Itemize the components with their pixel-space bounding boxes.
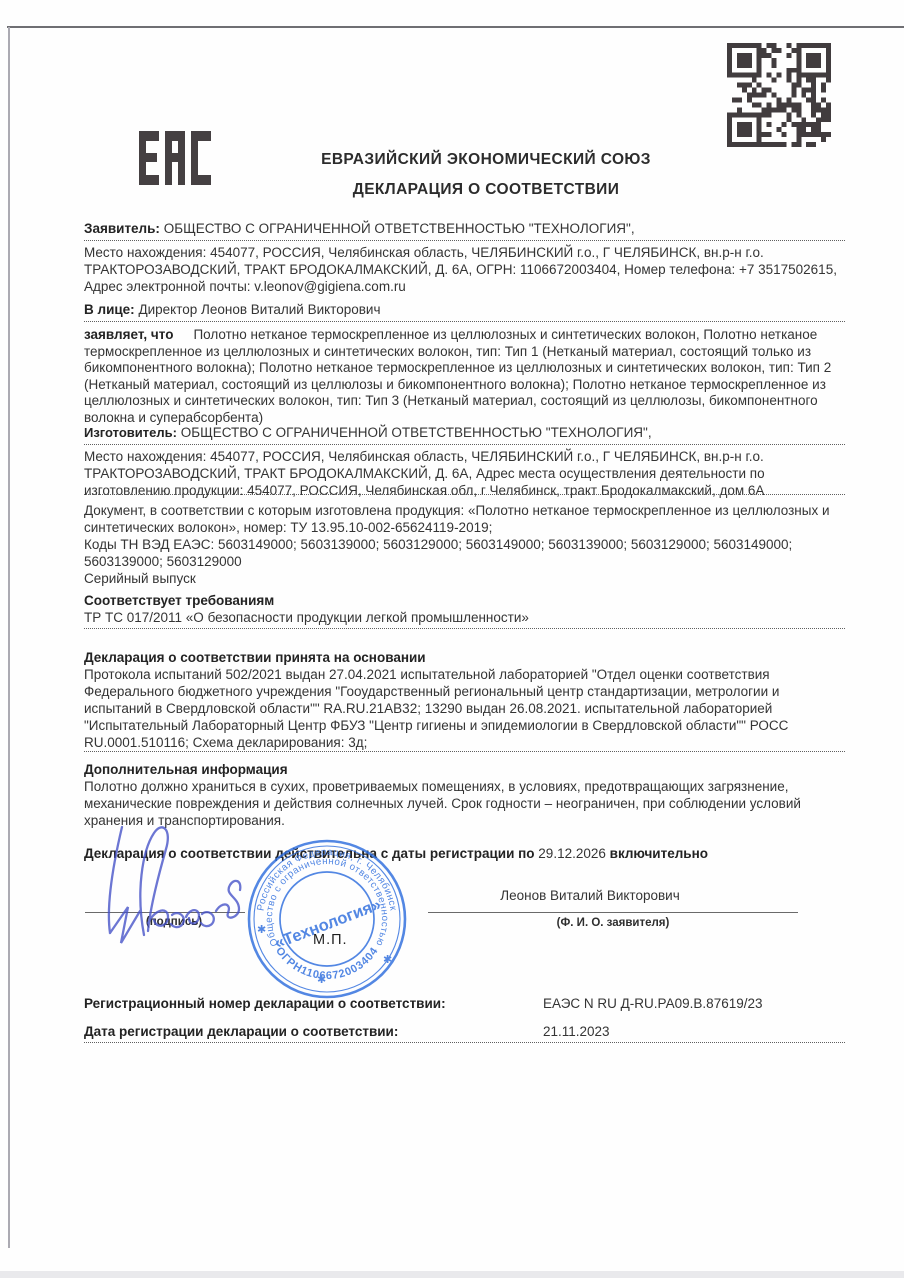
basis-heading: Декларация о соответствии принята на осн… [84, 649, 845, 666]
manufacturer-address: Место нахождения: 454077, РОССИЯ, Челяби… [84, 448, 845, 499]
manufacturer-section: Изготовитель: ОБЩЕСТВО С ОГРАНИЧЕННОЙ ОТ… [84, 424, 845, 499]
declaration-document: ЕВРАЗИЙСКИЙ ЭКОНОМИЧЕСКИЙ СОЮЗ ДЕКЛАРАЦИ… [0, 0, 904, 1278]
manufacturer-line: Изготовитель: ОБЩЕСТВО С ОГРАНИЧЕННОЙ ОТ… [84, 424, 845, 445]
stamp-ogrn-text: ОГРН1106672003404 [273, 945, 381, 982]
compliance-section: Соответствует требованиям ТР ТС 017/2011… [84, 592, 845, 626]
declares-section: заявляет, чтоПолотно нетканое термоскреп… [84, 327, 845, 426]
person-line: В лице: Директор Леонов Виталий Викторов… [84, 301, 845, 322]
compliance-text: ТР ТС 017/2011 «О безопасности продукции… [84, 609, 845, 626]
separator-line [84, 751, 845, 752]
declares-label: заявляет, что [84, 327, 173, 342]
scan-edge-bottom [0, 1271, 904, 1278]
qr-code-icon [727, 43, 831, 147]
doc-title: ДЕКЛАРАЦИЯ О СООТВЕТСТВИИ [200, 181, 772, 199]
handwritten-signature [98, 823, 248, 963]
person-section: В лице: Директор Леонов Виталий Викторов… [84, 301, 845, 325]
stamp-star: ✱ [257, 924, 266, 936]
signature-zone: (подпись) Российская Федерация, г. Челяб… [84, 820, 845, 1030]
applicant-address: Место нахождения: 454077, РОССИЯ, Челяби… [84, 244, 845, 295]
separator-line [84, 494, 845, 495]
applicant-section: Заявитель: ОБЩЕСТВО С ОГРАНИЧЕННОЙ ОТВЕТ… [84, 220, 845, 295]
declares-text: Полотно нетканое термоскрепленное из цел… [84, 327, 831, 425]
compliance-heading: Соответствует требованиям [84, 592, 845, 609]
additional-info-section: Дополнительная информация Полотно должно… [84, 761, 845, 829]
scan-edge-left [8, 27, 10, 1248]
manufacturer-name: ОБЩЕСТВО С ОГРАНИЧЕННОЙ ОТВЕТСТВЕННОСТЬЮ… [181, 425, 652, 440]
manufacturer-label: Изготовитель: [84, 425, 177, 440]
additional-heading: Дополнительная информация [84, 761, 845, 778]
basis-section: Декларация о соответствии принята на осн… [84, 649, 845, 751]
stamp-star: ✱ [383, 954, 392, 966]
stamp-star: ✱ [317, 974, 326, 986]
basis-text: Протокола испытаний 502/2021 выдан 27.04… [84, 666, 845, 751]
separator-line [84, 628, 845, 629]
seal-place-mark: М.П. [313, 932, 348, 948]
product-release-line: Серийный выпуск [84, 570, 845, 587]
name-line [428, 912, 798, 913]
person-value: Директор Леонов Виталий Викторович [138, 302, 380, 317]
company-stamp: Российская Федерация, г. Челябинск Общес… [239, 831, 415, 1007]
applicant-label: Заявитель: [84, 221, 160, 236]
applicant-name: ОБЩЕСТВО С ОГРАНИЧЕННОЙ ОТВЕТСТВЕННОСТЬЮ… [164, 221, 635, 236]
product-codes-line: Коды ТН ВЭД ЕАЭС: 5603149000; 5603139000… [84, 536, 845, 570]
separator-line [84, 1042, 845, 1043]
applicant-line: Заявитель: ОБЩЕСТВО С ОГРАНИЧЕННОЙ ОТВЕТ… [84, 220, 845, 241]
product-document-line: Документ, в соответствии с которым изгот… [84, 502, 845, 536]
scan-edge-top [7, 26, 904, 28]
holder-name-caption: (Ф. И. О. заявителя) [428, 917, 798, 929]
svg-text:ОГРН1106672003404: ОГРН1106672003404 [273, 945, 381, 982]
product-document-section: Документ, в соответствии с которым изгот… [84, 502, 845, 587]
holder-name: Леонов Виталий Викторович [410, 888, 770, 903]
union-title: ЕВРАЗИЙСКИЙ ЭКОНОМИЧЕСКИЙ СОЮЗ [200, 151, 772, 169]
person-label: В лице: [84, 302, 135, 317]
